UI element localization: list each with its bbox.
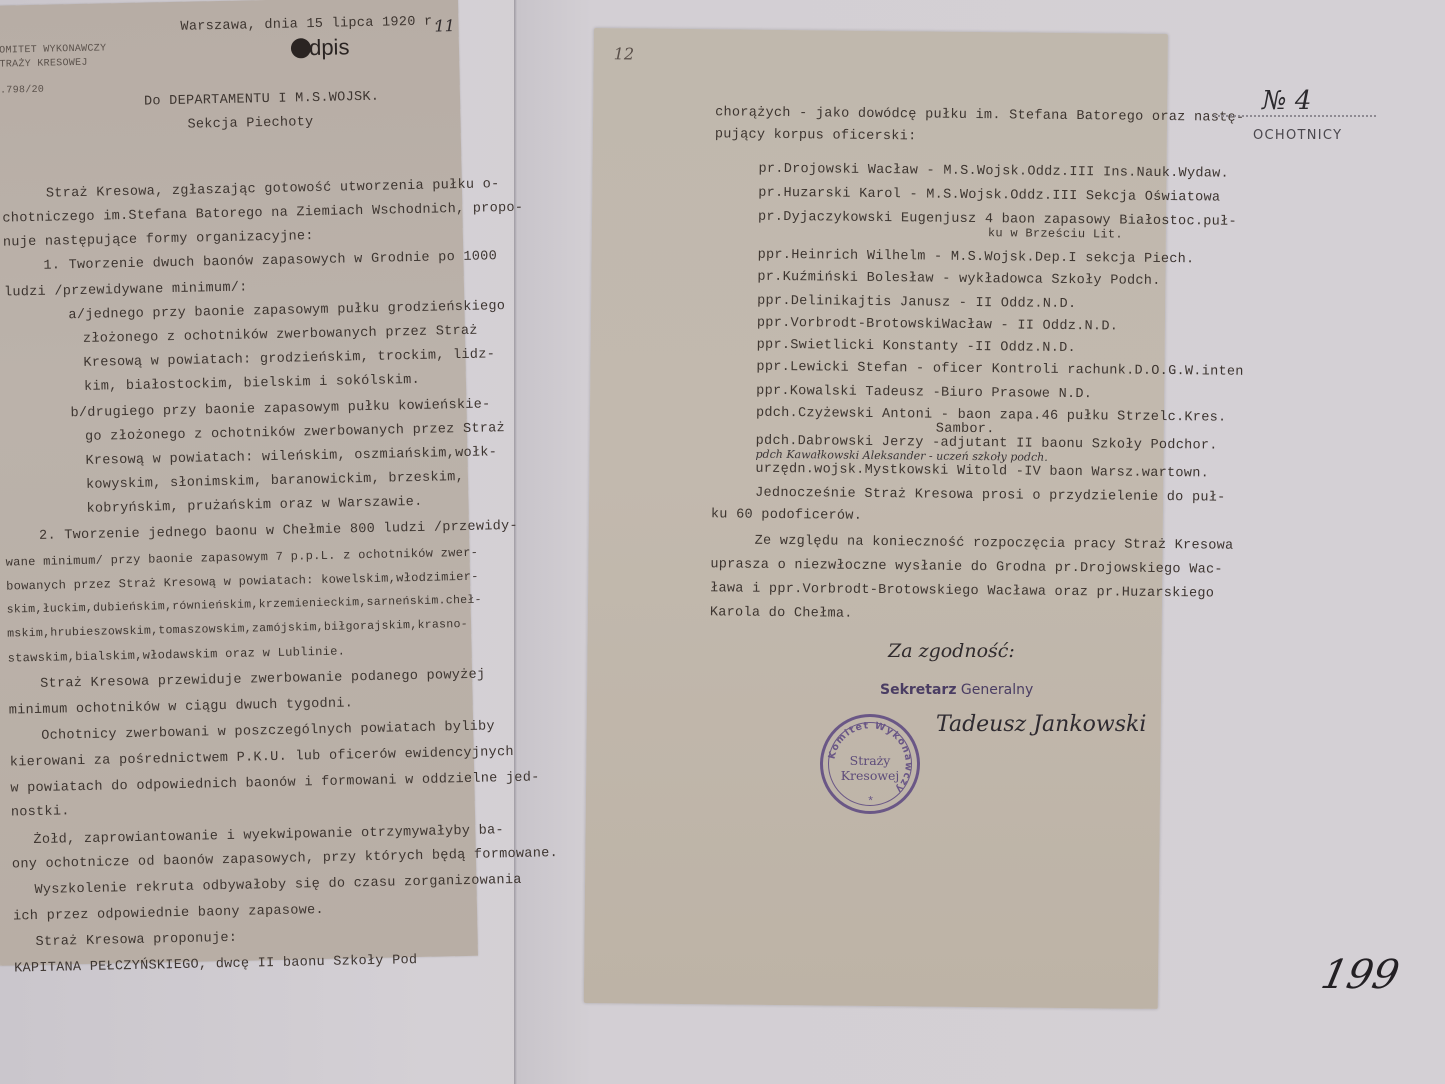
stamp-center-text: Straży Kresowej [823,753,917,783]
body-line: 1. Tworzenie dwuch baonów zapasowych w G… [43,249,497,273]
body-line: kowyskim, słonimskim, baranowickim, brze… [86,470,464,493]
body-line: ludzi /przewidywane minimum/: [4,280,248,300]
star-icon: * [867,795,874,809]
officer-entry-continued: ku w Brześciu Lit. [988,226,1123,241]
folio-number: 12 [614,44,635,63]
date-line: Warszawa, dnia 15 lipca 1920 r. [180,14,441,34]
body-line: stawskim,bialskim,włodawskim oraz w Lubl… [8,644,346,665]
body-line: nuje następujące formy organizacyjne: [3,229,314,251]
chapter-number: № 4 [1262,86,1311,116]
body-line: Straż Kresowa proponuje: [35,931,237,950]
chapter-title: OCHOTNICY [1253,128,1342,143]
signature: Tadeusz Jankowski [936,712,1146,737]
officer-entry: urzędn.wojsk.Mystkowski Witold -IV baon … [755,462,1209,482]
official-stamp: Komitet Wykonawczy Straży Kresowej * [820,714,920,814]
letterhead-line: KOMITET WYKONAWCZY [0,43,106,56]
officer-entry: pr.Kuźmiński Bolesław - wykładowca Szkoł… [757,270,1160,289]
officer-entry: pr.Drojowski Wacław - M.S.Wojsk.Oddz.III… [758,162,1229,182]
body-line: uprasza o niezwłoczne wysłanie do Grodna… [710,557,1223,577]
body-line: minimum ochotników w ciągu dwuch tygodni… [9,696,354,718]
officer-entry: ppr.Swietlicki Konstanty -II Oddz.N.D. [757,338,1076,356]
body-line: Żołd, zaprowiantowanie i wyekwipowanie o… [33,823,504,848]
body-line: wane minimum/ przy baonie zapasowym 7 p.… [6,546,479,570]
body-line: w powiatach do odpowiednich baonów i for… [10,770,539,796]
letterhead-line: STRAŻY KRESOWEJ [0,58,88,71]
officer-entry: ppr.Delinikajtis Janusz - II Oddz.N.D. [757,294,1076,312]
body-line: 2. Tworzenie jednego baonu w Chełmie 800… [39,519,518,544]
body-line: pujący korpus oficerski: [715,127,917,144]
officer-entry: ppr.Kowalski Tadeusz -Biuro Prasowe N.D. [756,384,1092,403]
officer-entry: ppr.Vorbrodt-BrotowskiWacław - II Oddz.N… [757,316,1118,335]
body-line: bowanych przez Straż Kresową w powiatach… [6,570,479,594]
body-line: chotniczego im.Stefana Batorego na Ziemi… [2,201,523,227]
officer-entry: pr.Huzarski Karol - M.S.Wojsk.Oddz.III S… [758,186,1220,206]
body-line: Kresową w powiatach: wileńskim, oszmiańs… [85,445,497,469]
body-line: a/jednego przy baonie zapasowym pułku gr… [68,299,505,323]
body-line: ich przez odpowiednie baony zapasowe. [13,903,324,925]
body-line: złożonego z ochotników zwerbowanych prze… [83,324,478,347]
body-line: mskim,hrubieszowskim,tomaszowskim,zamójs… [7,618,468,641]
body-line: Kresową w powiatach: grodzieńskim, trock… [83,347,495,371]
body-line: Straż Kresowa, zgłaszając gotowość utwor… [46,177,500,201]
body-line: nostki. [11,804,70,820]
copy-mark: Odpis [291,34,350,61]
left-document-scan: KOMITET WYKONAWCZY STRAŻY KRESOWEJ L.798… [0,0,478,966]
addressee: Do DEPARTAMENTU I M.S.WOJSK. [144,90,380,110]
body-line: chorążych - jako dowódcę pułku im. Stefa… [715,105,1244,126]
body-line: kim, białostockim, bielskim i sokólskim. [84,373,420,395]
body-line: Straż Kresowa przewiduje zwerbowanie pod… [40,668,485,692]
body-line: ku 60 podoficerów. [711,507,862,524]
body-line: ława i ppr.Vorbrodt-Brotowskiego Wacława… [710,581,1214,601]
folio-number: 11 [434,16,455,35]
body-line: Karola do Chełma. [710,605,853,621]
book-gutter [514,0,517,1084]
dotted-divider [1214,115,1376,117]
page-number: 199 [1317,952,1403,998]
signature-title: Sekretarz Generalny [880,682,1033,698]
body-line: Wyszkolenie rekruta odbywałoby się do cz… [34,873,521,898]
body-line: kobryńskim, prużańskim oraz w Warszawie. [86,495,422,517]
body-line: skim,łuckim,dubieńskim,równieńskim,krzem… [7,594,482,617]
body-line: Jednocześnie Straż Kresowa prosi o przyd… [755,486,1226,506]
body-line: ony ochotnicze od baonów zapasowych, prz… [12,846,558,872]
body-line: b/drugiego przy baonie zapasowym pułku k… [70,397,490,421]
right-document-scan: 12 chorążych - jako dowódcę pułku im. St… [584,28,1168,1009]
body-line: Ze względu na konieczność rozpoczęcia pr… [755,534,1234,554]
certification-handwritten: Za zgodność: [888,640,1015,662]
reference-number: L.798/20 [0,85,44,97]
stamp-ring-text: Komitet Wykonawczy [823,717,917,811]
officer-entry: ppr.Heinrich Wilhelm - M.S.Wojsk.Dep.I s… [758,248,1195,268]
body-line: go złożonego z ochotników zwerbowanych p… [85,421,505,445]
body-line: kierowani za pośrednictwem P.K.U. lub of… [10,745,514,771]
section-name: Sekcja Piechoty [187,115,313,133]
body-line: Ochotnicy zwerbowani w poszczególnych po… [41,719,495,743]
svg-text:Komitet Wykonawczy: Komitet Wykonawczy [827,720,914,795]
